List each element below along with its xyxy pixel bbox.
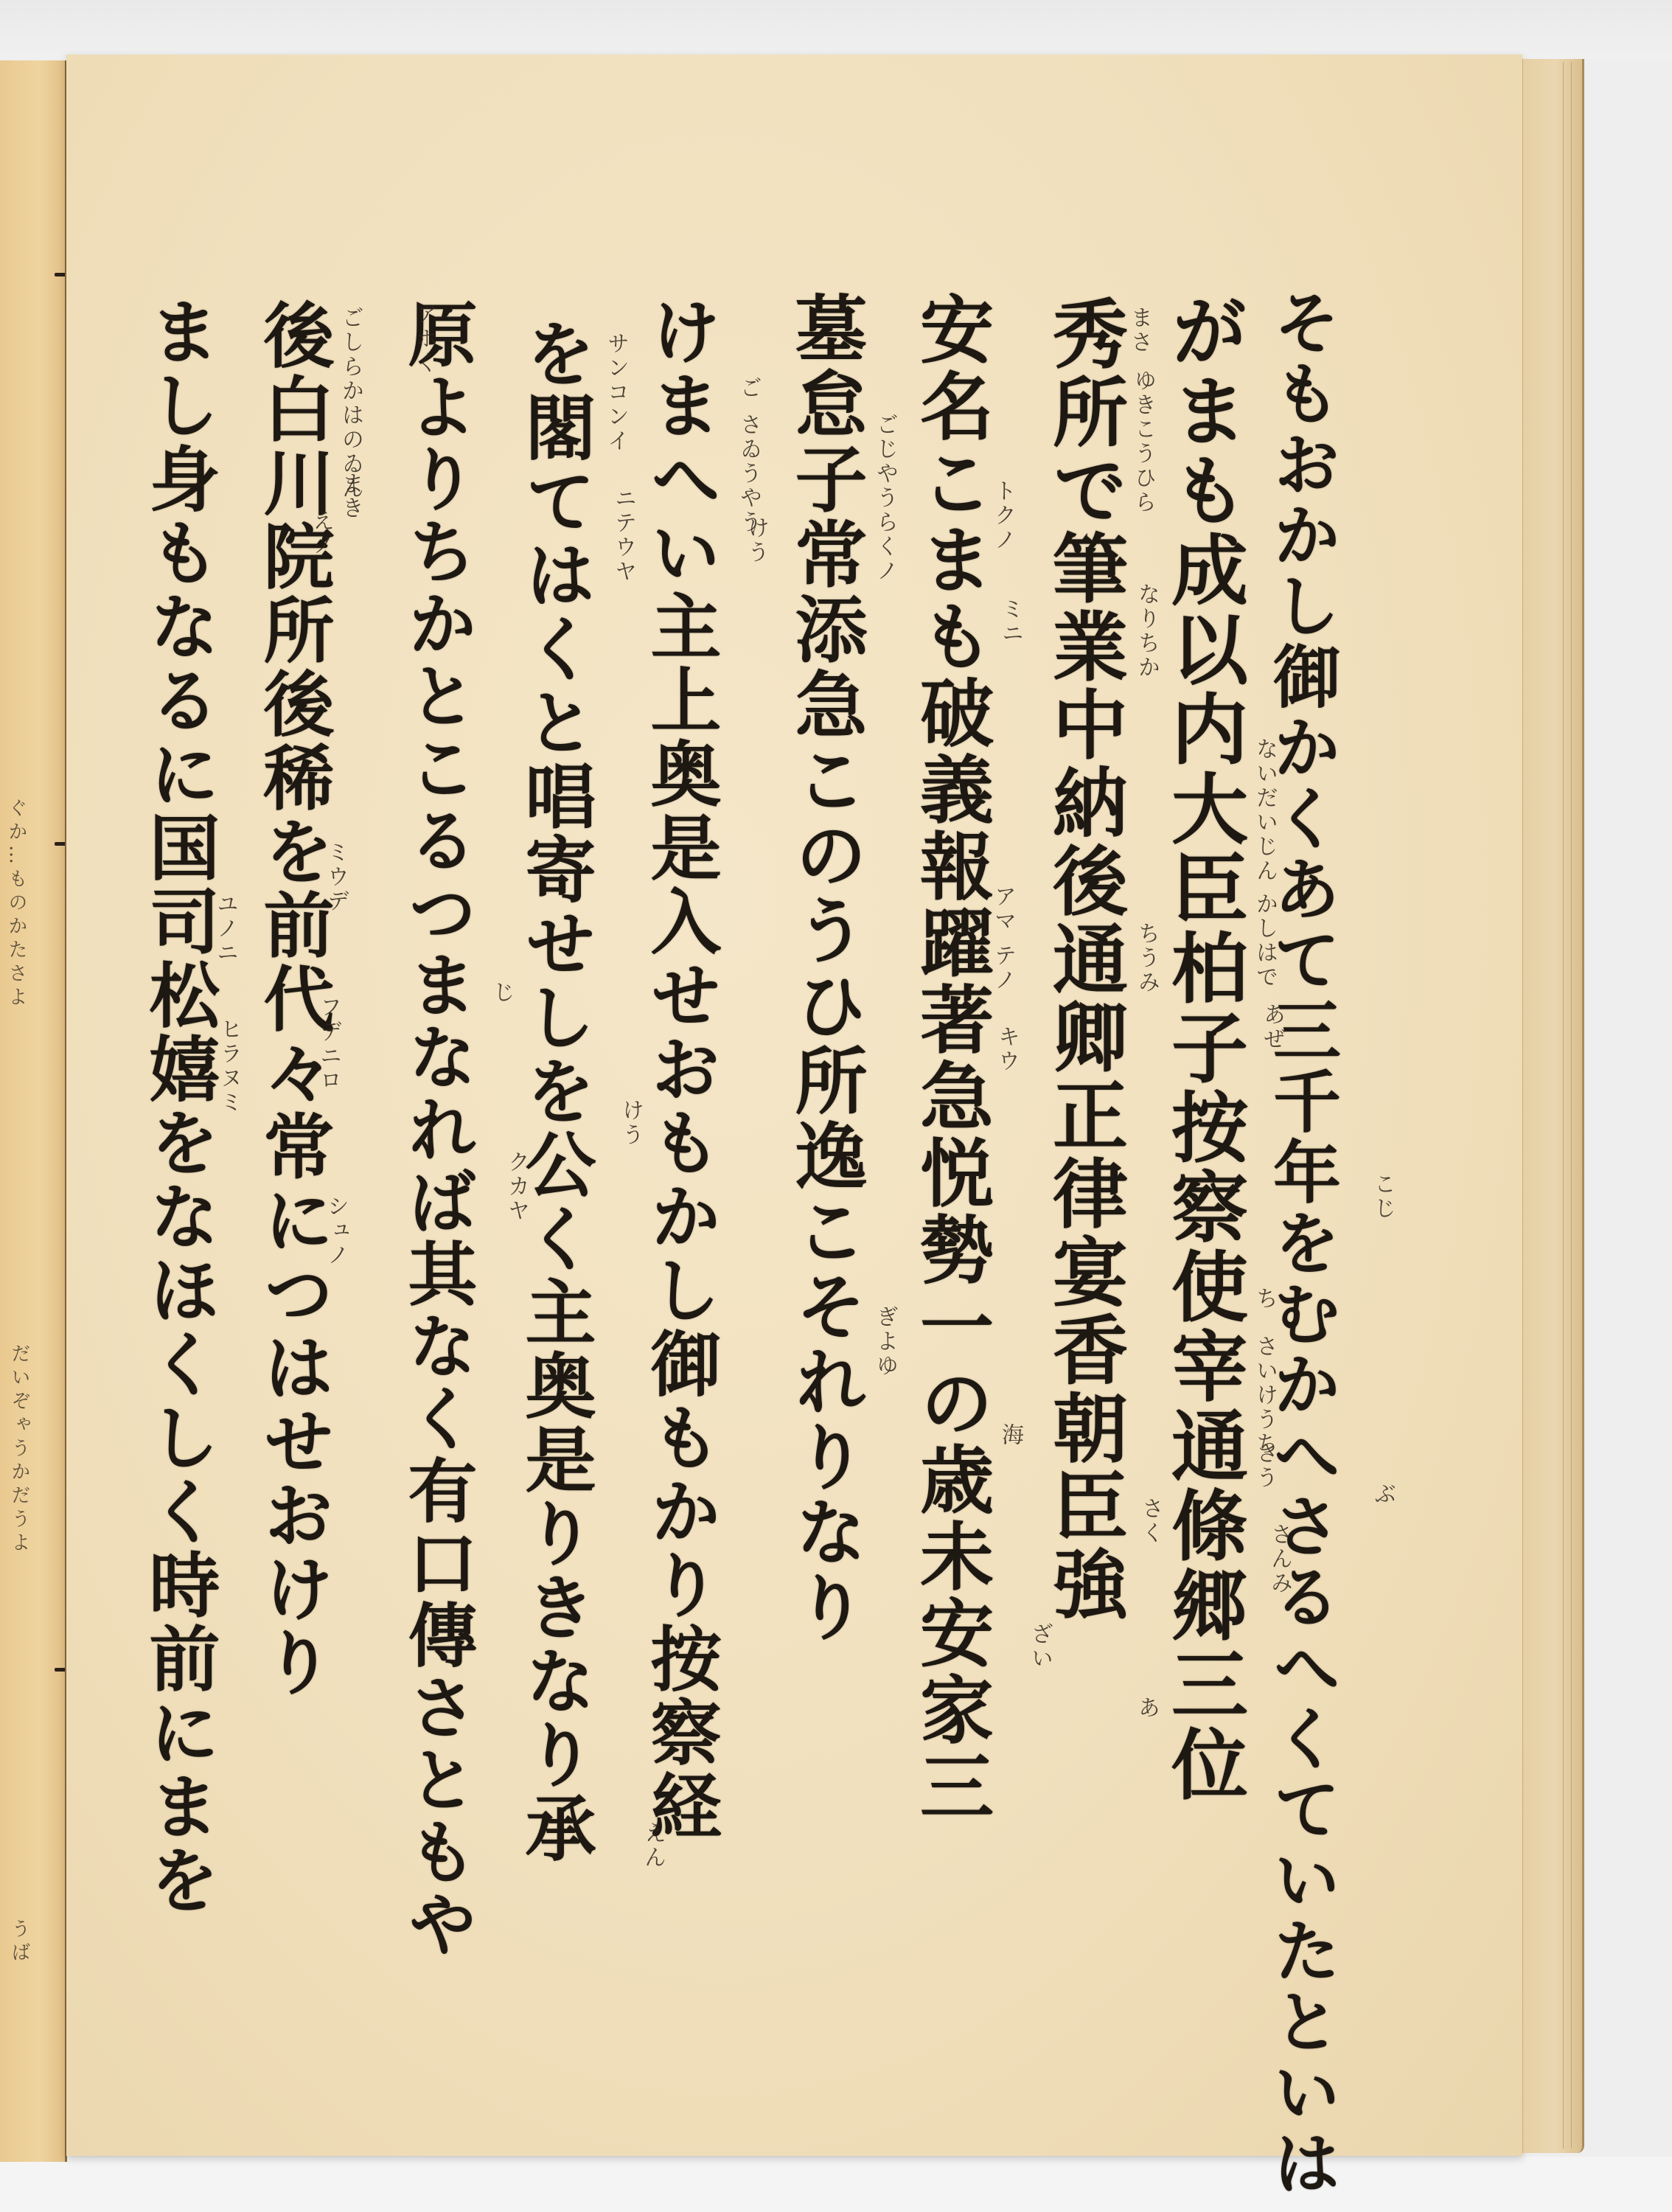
ruby-annotation: かしはで bbox=[1253, 892, 1275, 990]
ruby-annotation: フデニロ bbox=[317, 995, 339, 1093]
backdrop-bottom bbox=[0, 2157, 1672, 2212]
ruby-annotation: さいけうち bbox=[1253, 1335, 1275, 1456]
ruby-annotation: まさ bbox=[1128, 306, 1150, 355]
text-column-8: 原よりちかとこるつまなれば其なく有口傳さともや bbox=[402, 299, 471, 1961]
ruby-annotation: トクノ bbox=[992, 479, 1014, 552]
text-column-10: まし身もなるに国司松嬉をなほくしく時前にまを bbox=[144, 295, 215, 1917]
left-facing-page: ぐか…ものかたさよ だいぞゃうかだうよ うば bbox=[0, 60, 67, 2162]
left-page-text: うば bbox=[6, 1919, 33, 1966]
ruby-annotation: ちうみ bbox=[1135, 922, 1157, 995]
binding-stitch bbox=[55, 842, 67, 846]
ruby-annotation: ざい bbox=[1028, 1622, 1051, 1671]
ruby-annotation: ヒラヌミ bbox=[217, 1018, 240, 1115]
ruby-annotation: ち bbox=[1253, 1287, 1275, 1311]
text-column-3: 秀所で筆業中納後通卿正律宴香朝臣強 bbox=[1047, 295, 1122, 1624]
ruby-annotation: ご bbox=[737, 376, 759, 400]
ruby-annotation: ぎよゆ bbox=[874, 1305, 896, 1378]
ruby-annotation: えノ bbox=[310, 509, 332, 557]
ruby-annotation: クカヤ bbox=[505, 1150, 527, 1223]
binding-stitch bbox=[55, 273, 67, 276]
ruby-annotation: ごじやうらくノ bbox=[874, 413, 896, 583]
text-column-7: を閣てはくと唱寄せしを公く主奥是りきなり承 bbox=[520, 317, 591, 1865]
ruby-annotation: サンコンイ bbox=[605, 332, 627, 453]
ruby-annotation: あぜ bbox=[1261, 1003, 1283, 1051]
ruby-annotation: さう bbox=[1253, 1441, 1275, 1490]
ruby-annotation: ミニ bbox=[999, 597, 1021, 646]
left-page-text: ぐか…ものかたさよ bbox=[3, 798, 30, 1010]
binding-stitch bbox=[55, 1668, 67, 1672]
text-column-2: がまも成以内大臣柏子按察使宰通條郷三位 bbox=[1165, 291, 1241, 1804]
ruby-annotation: こじ bbox=[1371, 1172, 1393, 1221]
ruby-annotation: アマ bbox=[992, 885, 1014, 933]
ruby-annotation: シュノ bbox=[324, 1194, 346, 1267]
ruby-annotation: ミウデ bbox=[324, 841, 346, 914]
text-column-1: そもおかし御かくあて三千年をむかへさるへくていたといは bbox=[1268, 288, 1336, 2199]
left-page-text: だいぞゃうかだうよ bbox=[6, 1343, 33, 1556]
text-column-5: 墓怠子常添急このうひ所逸こそれりなり bbox=[789, 291, 861, 1645]
ruby-annotation: ぶ bbox=[1371, 1482, 1393, 1506]
ruby-annotation: ユノニ bbox=[214, 892, 236, 965]
ruby-annotation: えん bbox=[641, 1821, 663, 1870]
ruby-annotation: テノ bbox=[992, 944, 1014, 992]
ruby-annotation: ニテウヤ bbox=[612, 487, 634, 584]
ruby-annotation: さんみ bbox=[1268, 1523, 1290, 1596]
ruby-annotation: けう bbox=[745, 516, 767, 565]
page-stack-edge bbox=[1563, 62, 1572, 2149]
ruby-annotation: なりちか bbox=[1135, 582, 1157, 680]
ruby-annotation: アホく bbox=[413, 302, 435, 375]
text-column-6: けまへい主上奥是入せおもかし御もかり按察経 bbox=[645, 295, 716, 1843]
ruby-annotation: じ bbox=[490, 981, 512, 1005]
text-column-4: 安名こまも破義報躍著急悦勢一の歳未安家三 bbox=[914, 291, 988, 1825]
ruby-annotation: あ bbox=[1135, 1696, 1157, 1720]
ruby-annotation: まき bbox=[339, 472, 361, 521]
ruby-annotation: さく bbox=[1139, 1497, 1161, 1545]
page-fore-edge bbox=[1522, 59, 1584, 2153]
ruby-annotation: ないだいじん bbox=[1253, 737, 1275, 883]
ruby-annotation: キウ bbox=[995, 1025, 1017, 1074]
backdrop-top bbox=[0, 0, 1672, 59]
ruby-annotation: ゆきこうひら bbox=[1132, 369, 1154, 515]
ruby-annotation: けう bbox=[619, 1099, 641, 1147]
ruby-annotation: 海 bbox=[999, 1423, 1021, 1447]
